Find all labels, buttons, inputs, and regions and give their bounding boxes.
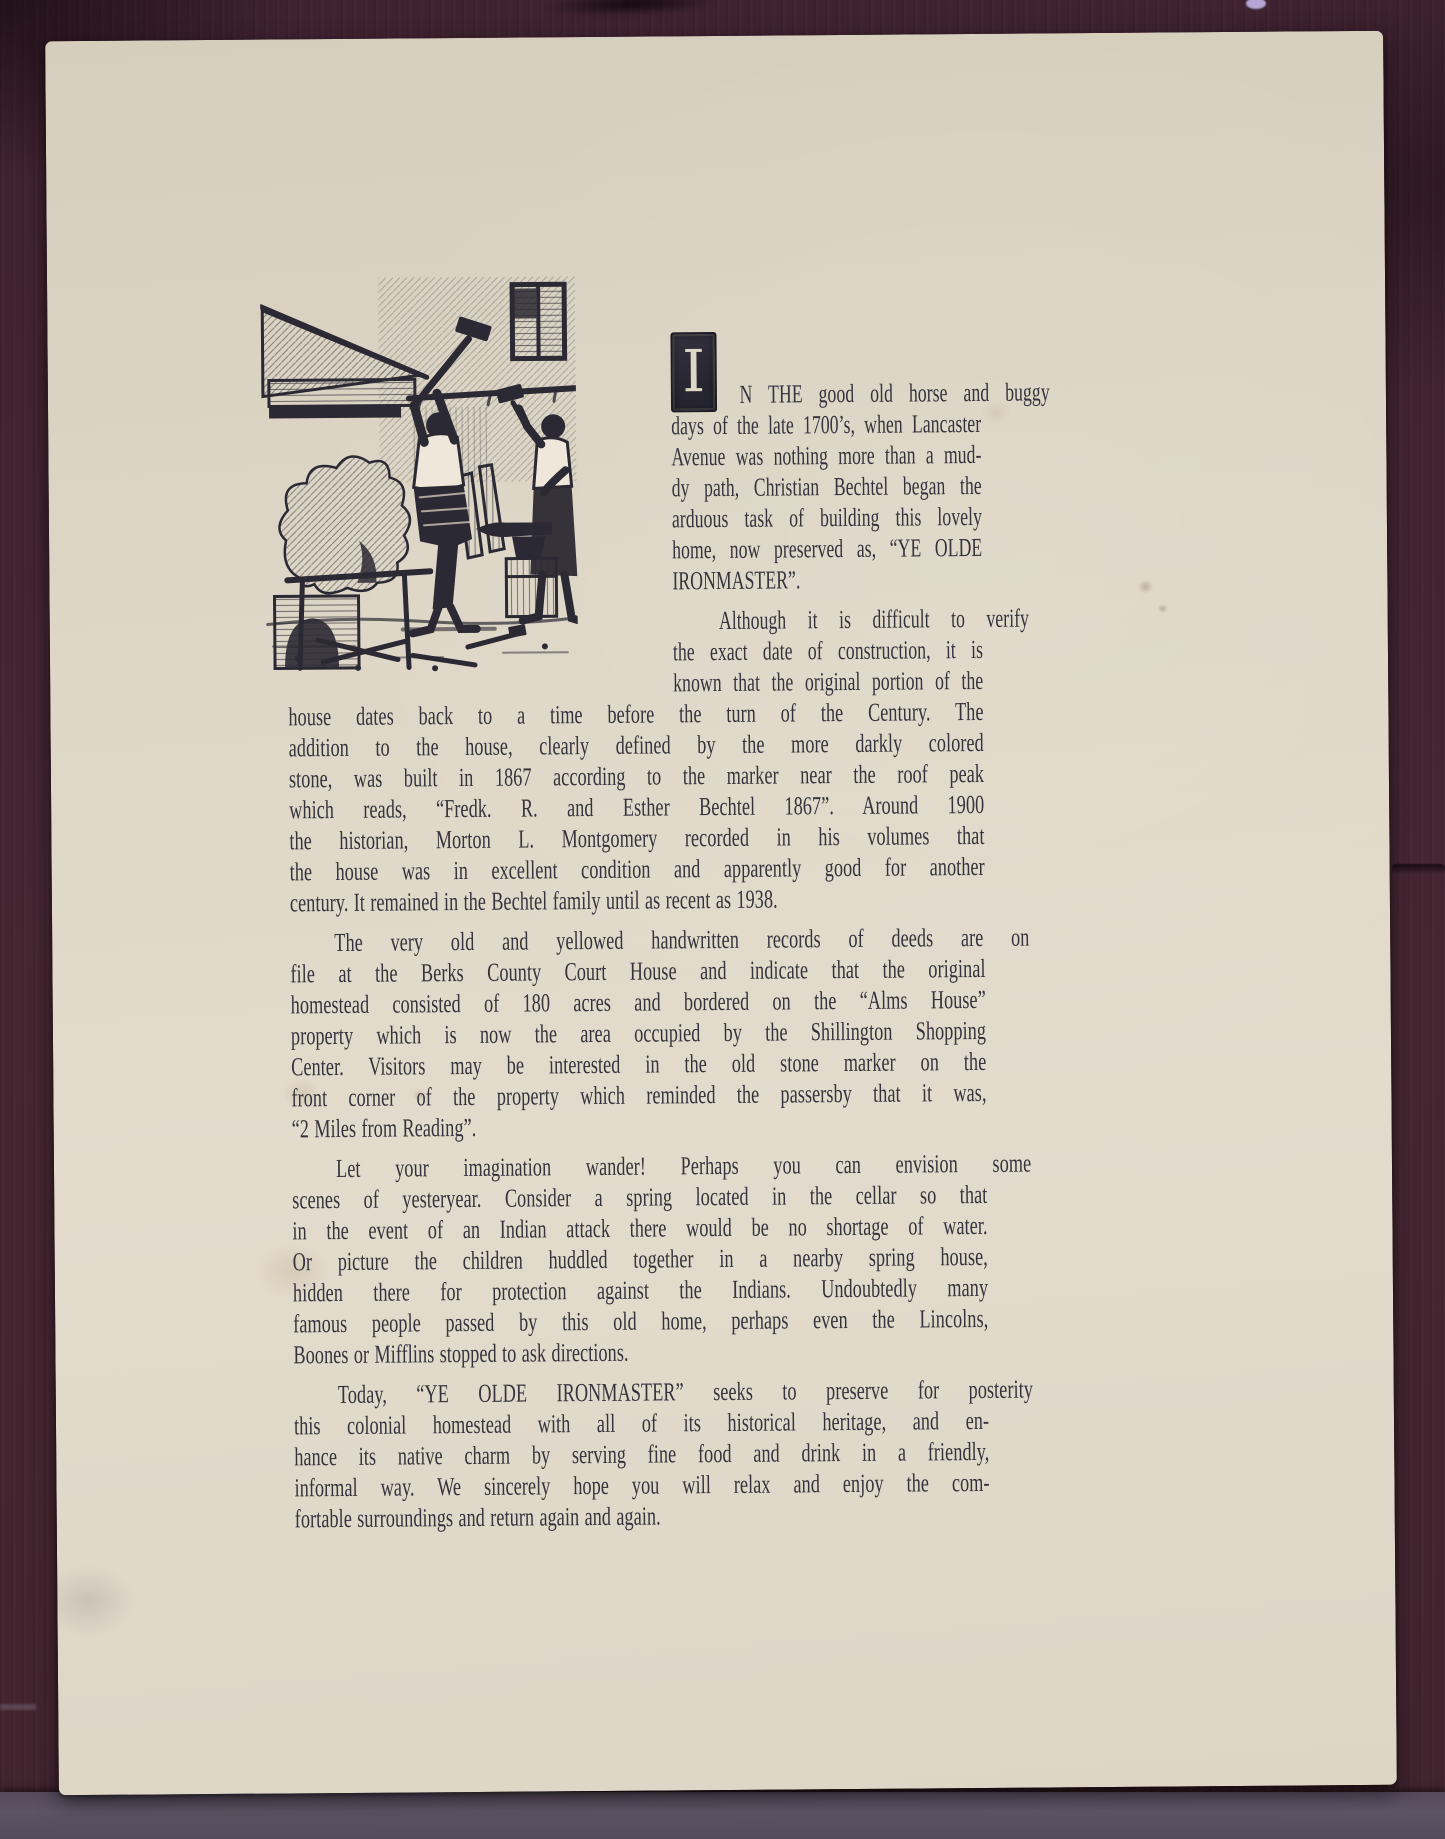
text-line: front corner of the property which remin…	[291, 1078, 986, 1113]
text-line: this colonial homestead with all of its …	[294, 1406, 989, 1441]
photo-artifact-smudge	[542, 0, 721, 19]
text-line: homestead consisted of 180 acres and bor…	[291, 985, 986, 1020]
text-line: file at the Berks County Court House and…	[290, 954, 985, 989]
text-line: “2 Miles from Reading”.	[292, 1109, 987, 1144]
text-line: hidden there for protection against the …	[293, 1273, 988, 1308]
wood-plank-lower	[0, 1792, 1445, 1839]
text-line: dy path, Christian Bechtel began the	[672, 471, 982, 503]
leaflet-page: I N THE good old horse and buggydays of …	[45, 31, 1397, 1795]
text-line: fortable surroundings and return again a…	[295, 1499, 990, 1534]
text-line: Although it is difficult to verify	[673, 604, 1030, 637]
text-line: famous people passed by this old home, p…	[293, 1304, 988, 1339]
text-line: Let your imagination wander! Perhaps you…	[292, 1149, 1031, 1185]
text-line: Center. Visitors may be interested in th…	[291, 1047, 986, 1082]
text-line: house dates back to a time before the tu…	[288, 697, 983, 732]
text-line: addition to the house, clearly defined b…	[289, 728, 984, 763]
text-line: Today, “YE OLDE IRONMASTER” seeks to pre…	[294, 1375, 1033, 1411]
body-text: N THE good old horse and buggydays of th…	[45, 31, 1397, 1795]
text-line: IRONMASTER”.	[672, 564, 982, 596]
text-line: arduous task of building this lovely	[672, 502, 982, 534]
text-line: informal way. We sincerely hope you will…	[294, 1468, 989, 1503]
text-line: in the event of an Indian attack there w…	[292, 1211, 987, 1246]
text-line: Avenue was nothing more than a mud-	[671, 440, 981, 472]
photo-of-leaflet-on-wood-table: I N THE good old horse and buggydays of …	[0, 0, 1445, 1839]
text-line: The very old and yellowed handwritten re…	[290, 923, 1029, 959]
text-line: scenes of yesteryear. Consider a spring …	[292, 1180, 987, 1215]
text-line: Boones or Mifflins stopped to ask direct…	[293, 1335, 988, 1370]
text-line: N THE good old horse and buggy	[671, 377, 1050, 410]
text-line: property which is now the area occupied …	[291, 1016, 986, 1051]
wood-plank-seam	[0, 1704, 36, 1710]
text-line: the historian, Morton L. Montgomery reco…	[289, 821, 984, 856]
wood-plank-seam	[1392, 864, 1445, 874]
photo-artifact-dot	[1246, 0, 1266, 9]
text-line: the house was in excellent condition and…	[290, 852, 985, 887]
text-line: known that the original portion of the	[673, 666, 983, 698]
text-line: which reads, “Fredk. R. and Esther Becht…	[289, 790, 984, 825]
text-line: stone, was built in 1867 according to th…	[289, 759, 984, 794]
text-line: days of the late 1700’s, when Lancaster	[671, 409, 981, 441]
text-line: the exact date of construction, it is	[673, 635, 983, 667]
text-line: home, now preserved as, “YE OLDE	[672, 533, 982, 565]
text-line: hance its native charm by serving fine f…	[294, 1437, 989, 1472]
text-line: Or picture the children huddled together…	[293, 1242, 988, 1277]
text-line: century. It remained in the Bechtel fami…	[290, 883, 985, 918]
